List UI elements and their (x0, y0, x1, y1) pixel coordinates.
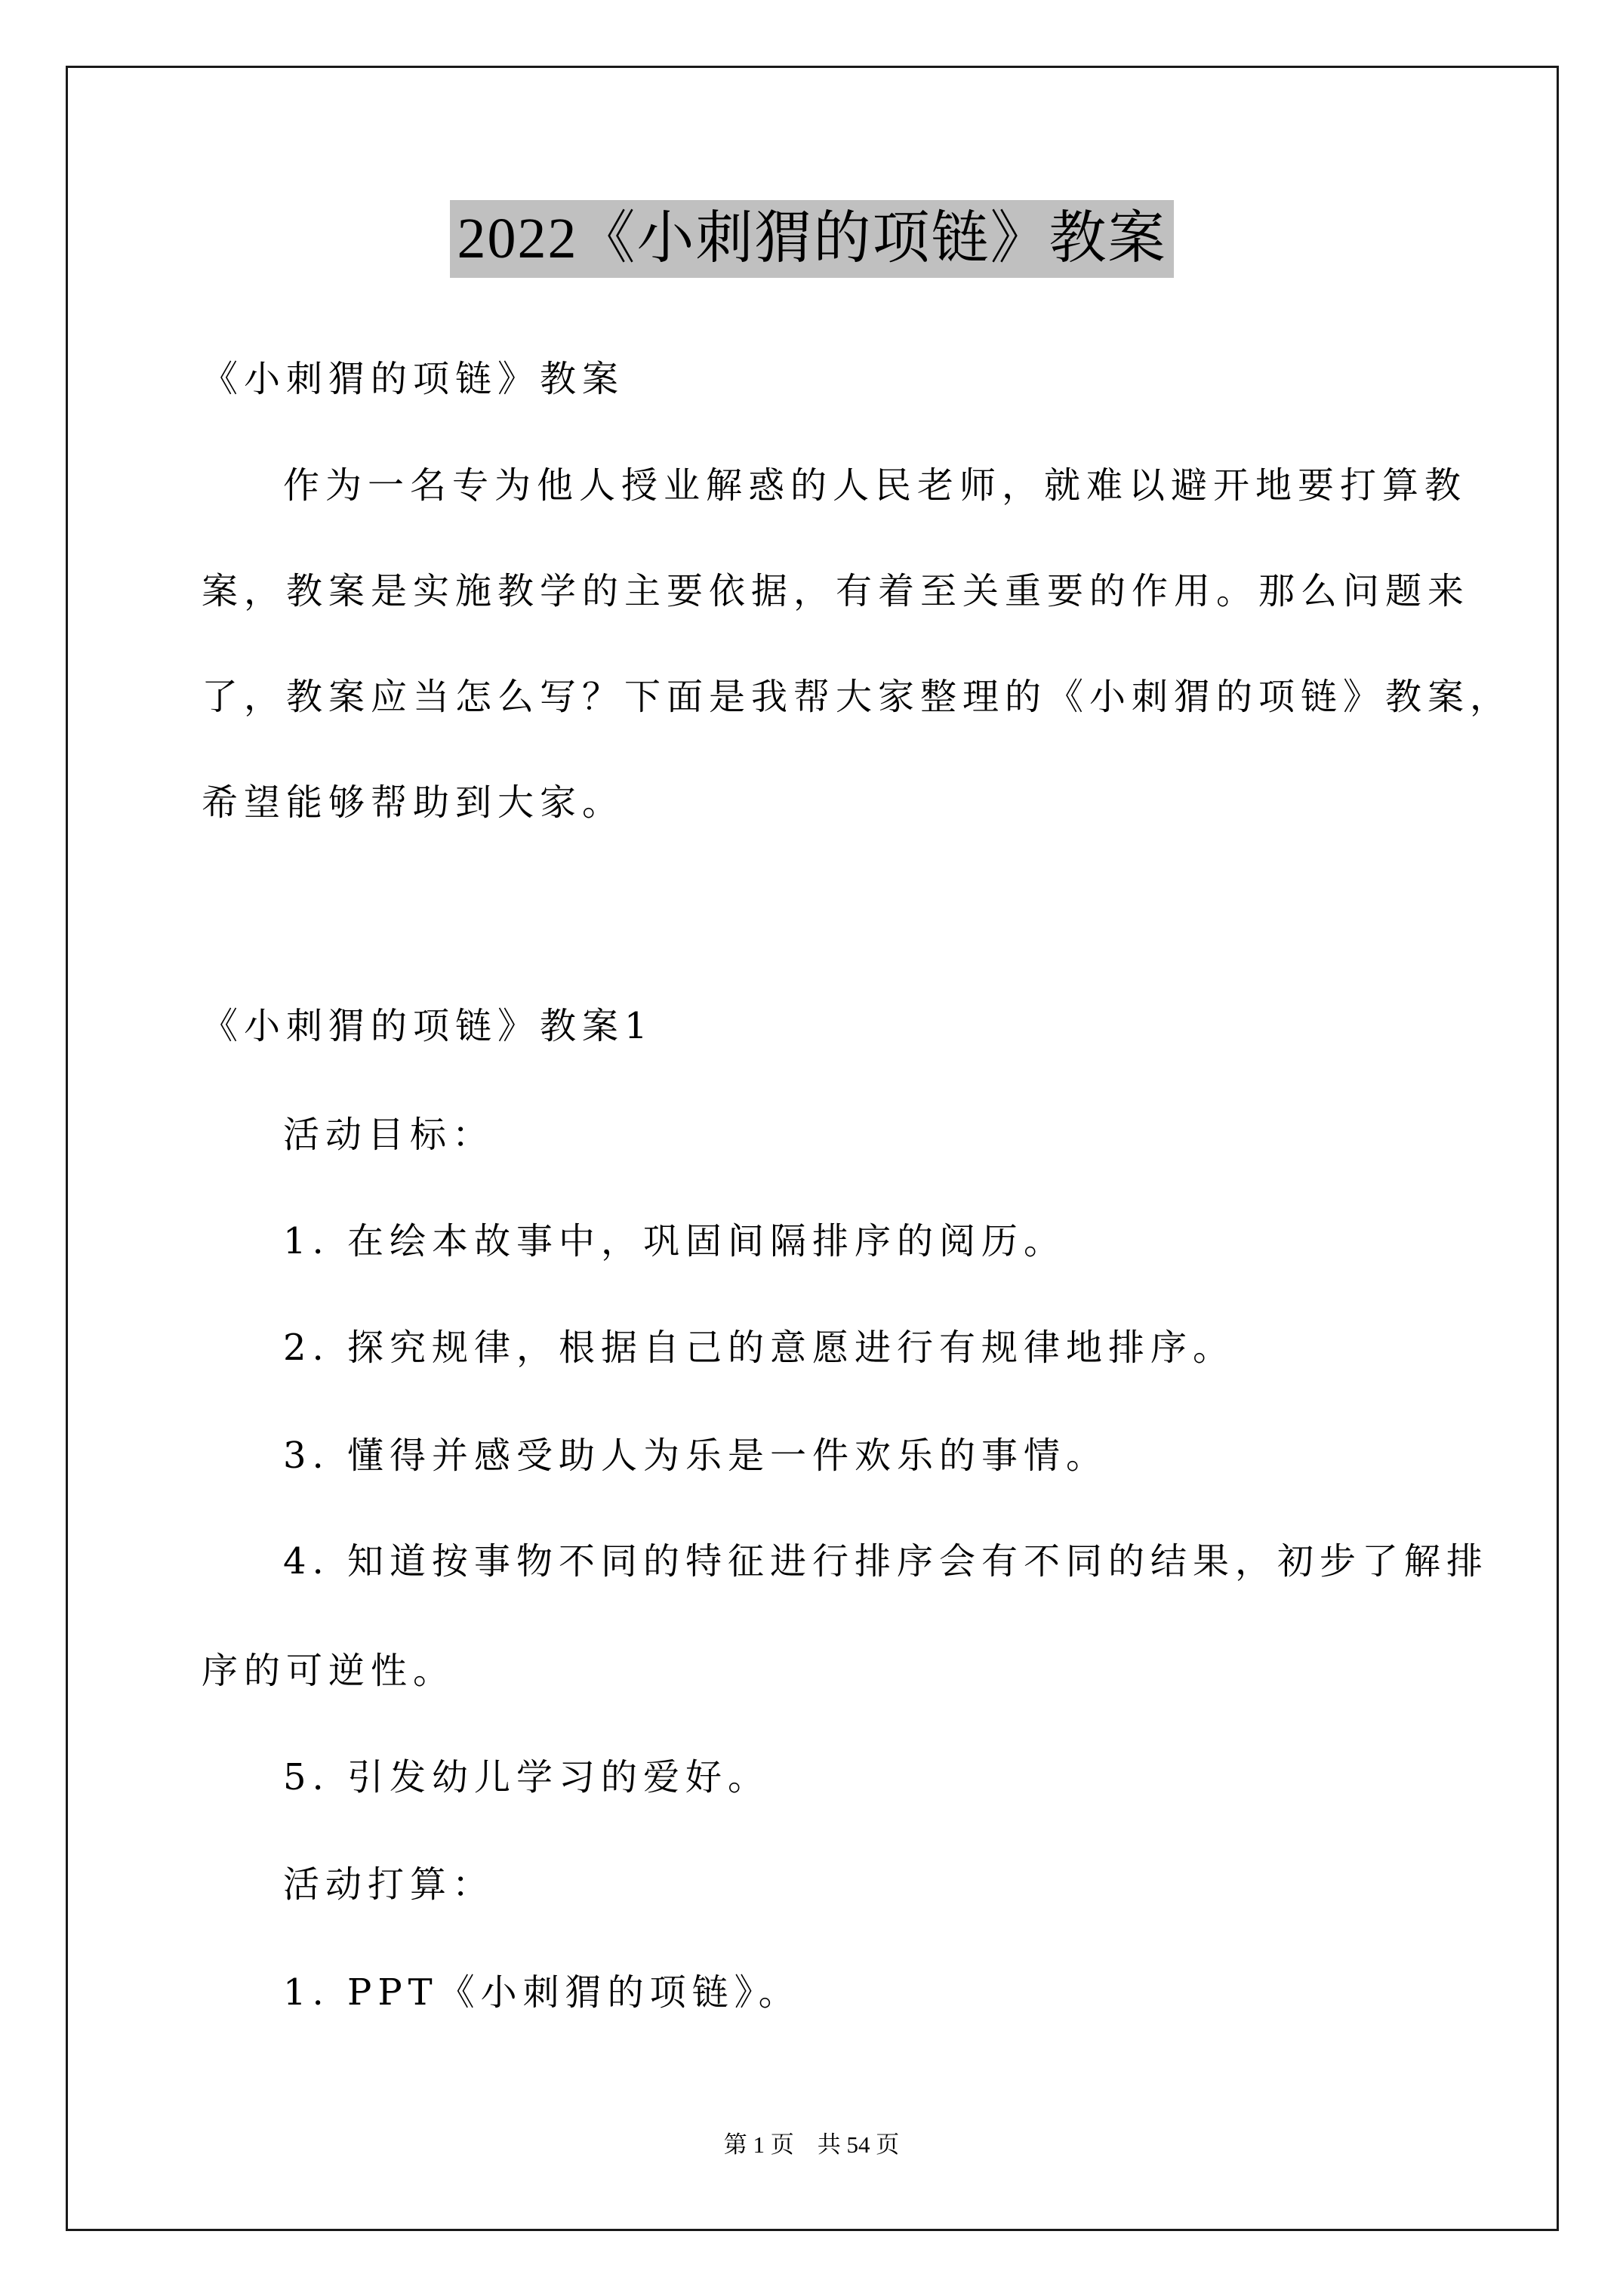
goal-item-5: 5. 引发幼儿学习的爱好。 (283, 1755, 1521, 1800)
subtitle: 《小刺猬的项链》教案 (202, 356, 1440, 402)
intro-line-2: 案，教案是实施教学的主要依据，有着至关重要的作用。那么问题来 (202, 569, 1440, 614)
prep-item-1: 1. PPT《小刺猬的项链》。 (283, 1970, 1521, 2015)
prep-heading: 活动打算： (283, 1862, 1521, 1907)
goal-item-2: 2. 探究规律，根据自己的意愿进行有规律地排序。 (283, 1325, 1521, 1370)
document-title: 2022《小刺猬的项链》教案 (450, 200, 1174, 278)
page-footer: 第 1 页 共 54 页 (0, 2131, 1623, 2159)
goal-item-1: 1. 在绘本故事中，巩固间隔排序的阅历。 (283, 1219, 1521, 1264)
section-heading: 《小刺猬的项链》教案1 (202, 1003, 1440, 1049)
intro-line-4: 希望能够帮助到大家。 (202, 780, 1440, 825)
intro-line-3: 了，教案应当怎么写？下面是我帮大家整理的《小刺猬的项链》教案， (202, 674, 1440, 720)
intro-line-1: 作为一名专为他人授业解惑的人民老师，就难以避开地要打算教 (283, 463, 1521, 508)
goal-item-3: 3. 懂得并感受助人为乐是一件欢乐的事情。 (283, 1433, 1521, 1478)
goal-item-4-continued: 序的可逆性。 (202, 1648, 1440, 1693)
goals-heading: 活动目标： (283, 1112, 1521, 1157)
goal-item-4: 4. 知道按事物不同的特征进行排序会有不同的结果，初步了解排 (283, 1539, 1521, 1584)
